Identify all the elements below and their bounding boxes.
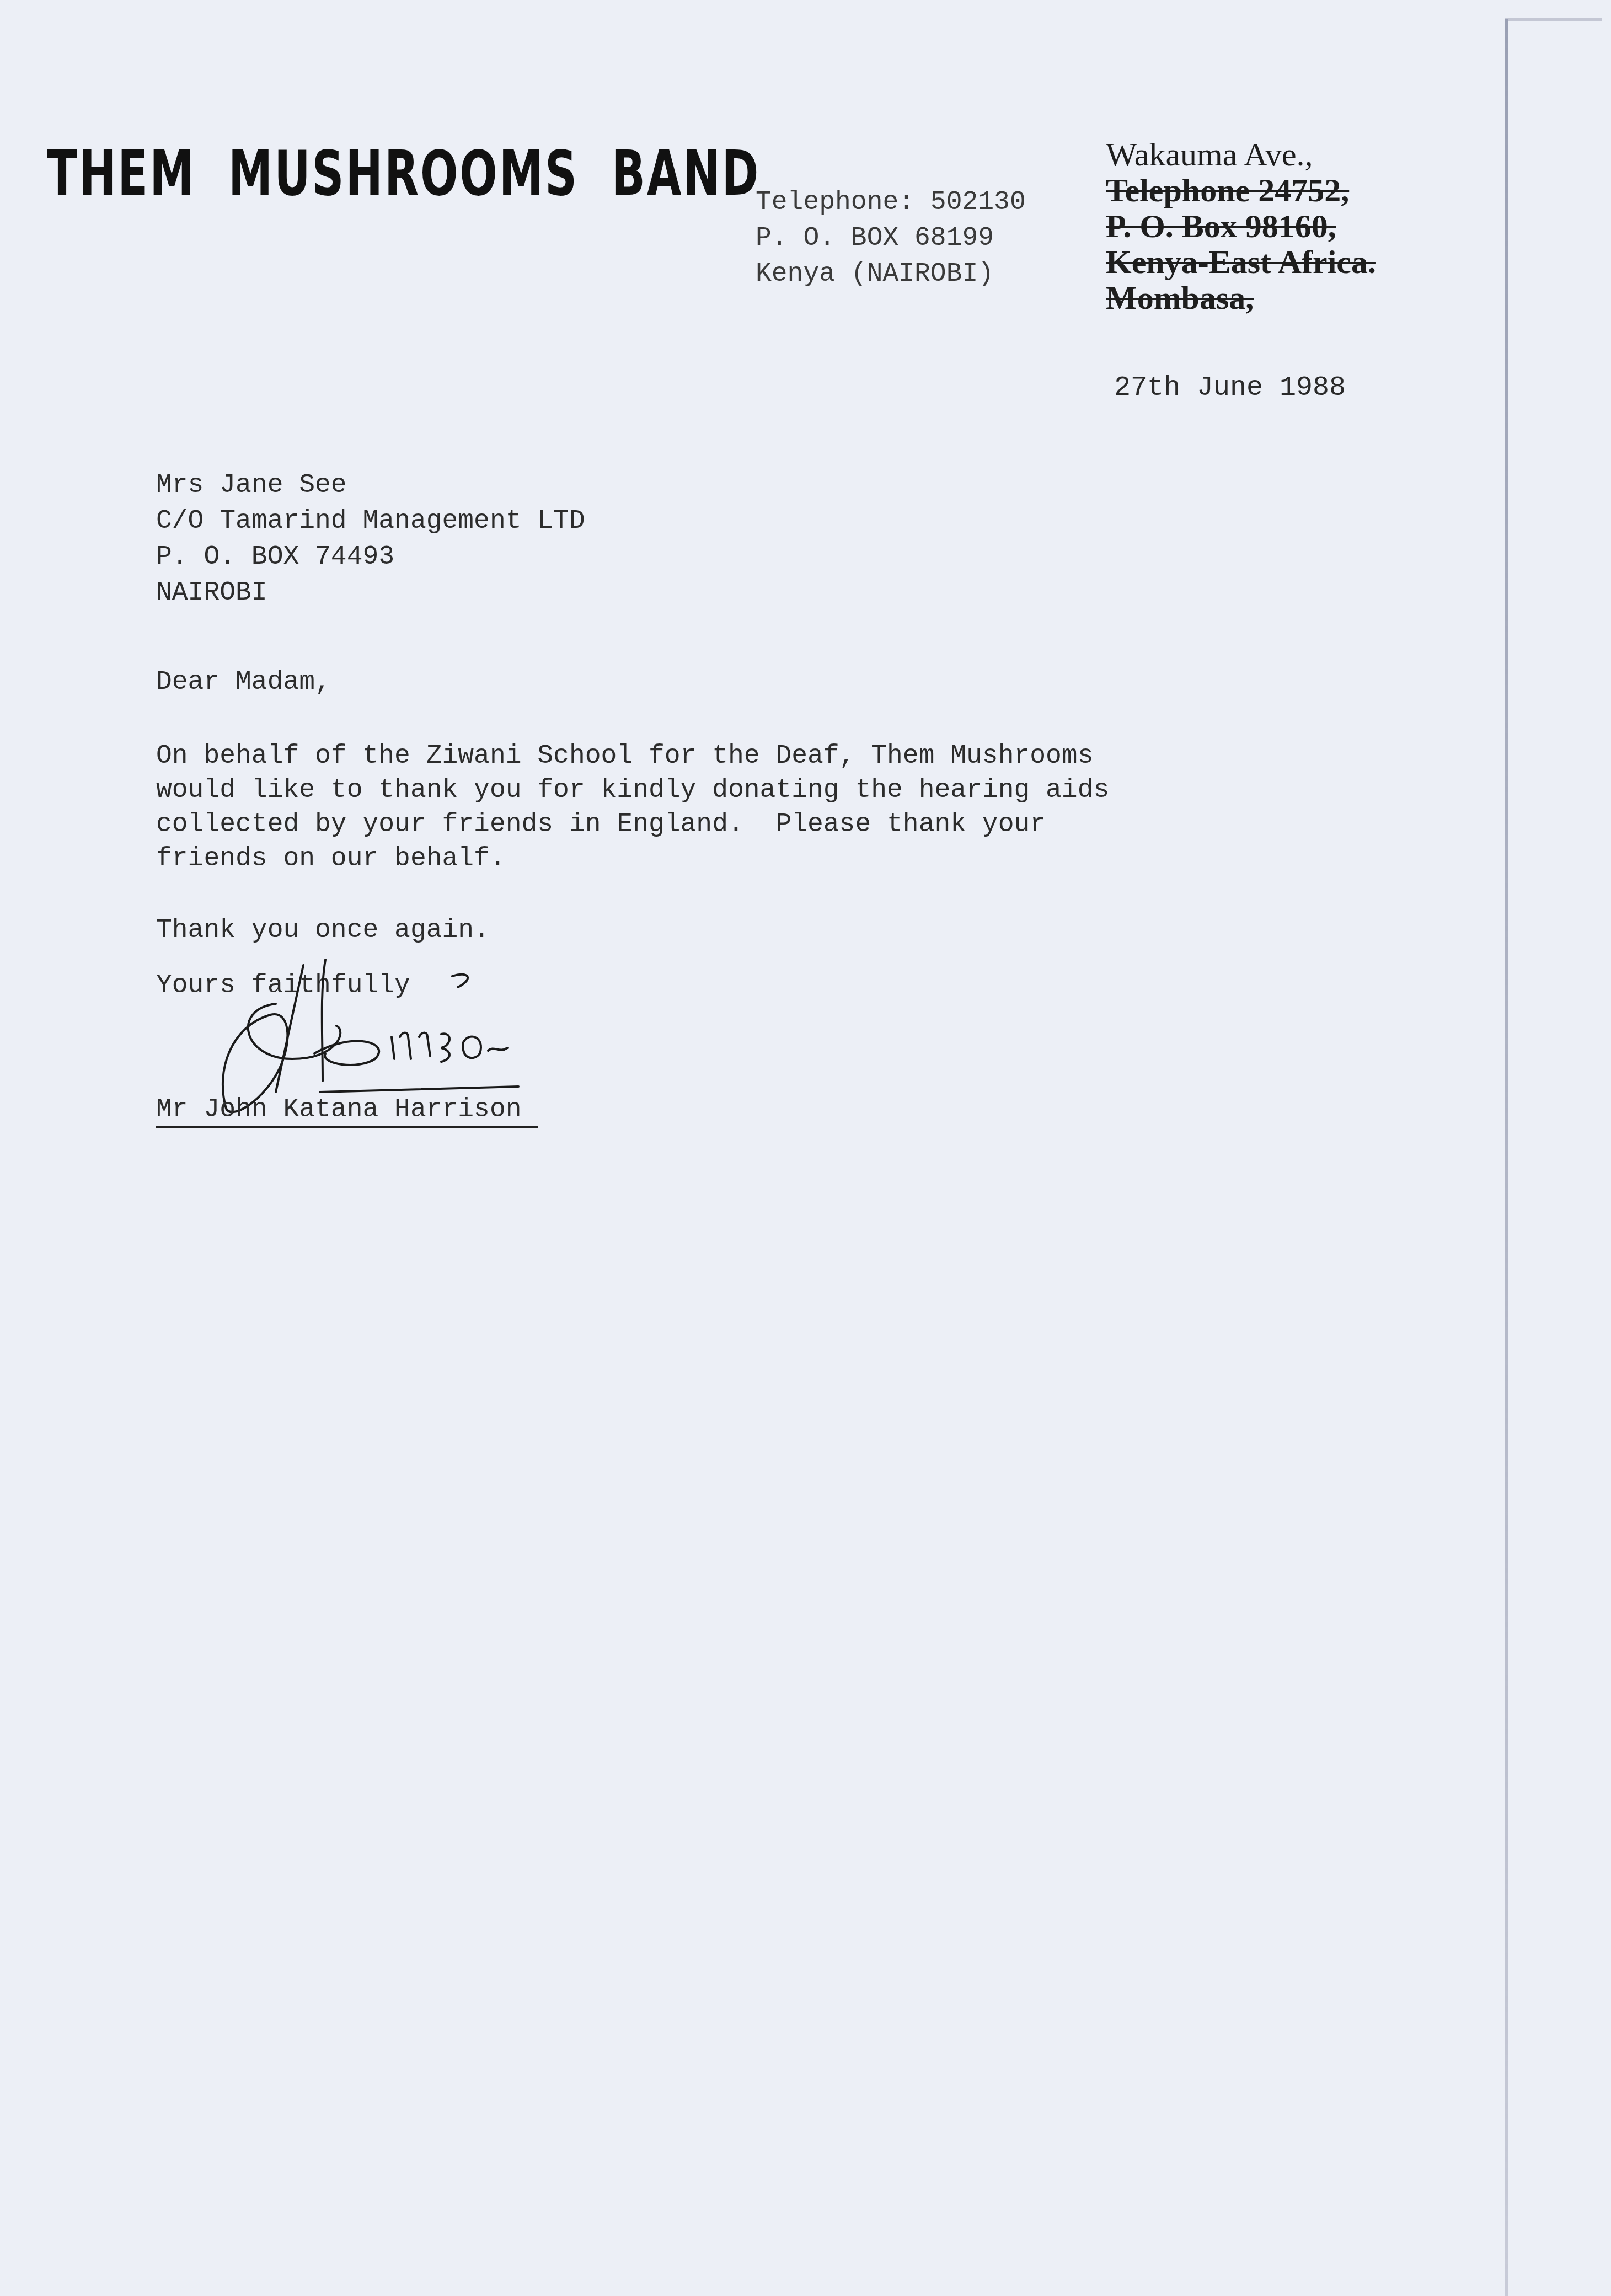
signatory-name: Mr John Katana Harrison (156, 1095, 538, 1128)
old-address-street: Wakauma Ave., (1106, 137, 1376, 173)
paper-edge-top (1505, 18, 1602, 21)
recipient-po-box: P. O. BOX 74493 (156, 539, 585, 575)
old-address-city: Mombasa, (1106, 280, 1376, 316)
old-address-po-box: P. O. Box 98160, (1106, 208, 1376, 244)
letterhead-title: THEM MUSHROOMS BAND (47, 138, 760, 210)
old-address-country: Kenya-East Africa. (1106, 244, 1376, 280)
recipient-name: Mrs Jane See (156, 468, 585, 504)
contact-block: Telephone: 502130 P. O. BOX 68199 Kenya … (756, 185, 1026, 292)
contact-po-box: P. O. BOX 68199 (756, 221, 1026, 256)
letter-date: 27th June 1988 (1114, 372, 1346, 404)
body-line: friends on our behalf. (156, 842, 1204, 876)
old-address-block: Wakauma Ave., Telephone 24752, P. O. Box… (1106, 137, 1376, 316)
paper-edge (1505, 19, 1508, 2296)
body-line: On behalf of the Ziwani School for the D… (156, 739, 1204, 773)
recipient-city: NAIROBI (156, 575, 585, 611)
recipient-block: Mrs Jane See C/O Tamarind Management LTD… (156, 468, 585, 611)
salutation: Dear Madam, (156, 667, 331, 697)
closing-line: Thank you once again. (156, 916, 490, 945)
body-line: collected by your friends in England. Pl… (156, 807, 1204, 842)
letter-body: On behalf of the Ziwani School for the D… (156, 739, 1204, 876)
old-address-telephone: Telephone 24752, (1106, 173, 1376, 208)
contact-location: Kenya (NAIROBI) (756, 256, 1026, 292)
body-line: would like to thank you for kindly donat… (156, 773, 1204, 807)
recipient-care-of: C/O Tamarind Management LTD (156, 504, 585, 539)
contact-telephone: Telephone: 502130 (756, 185, 1026, 221)
